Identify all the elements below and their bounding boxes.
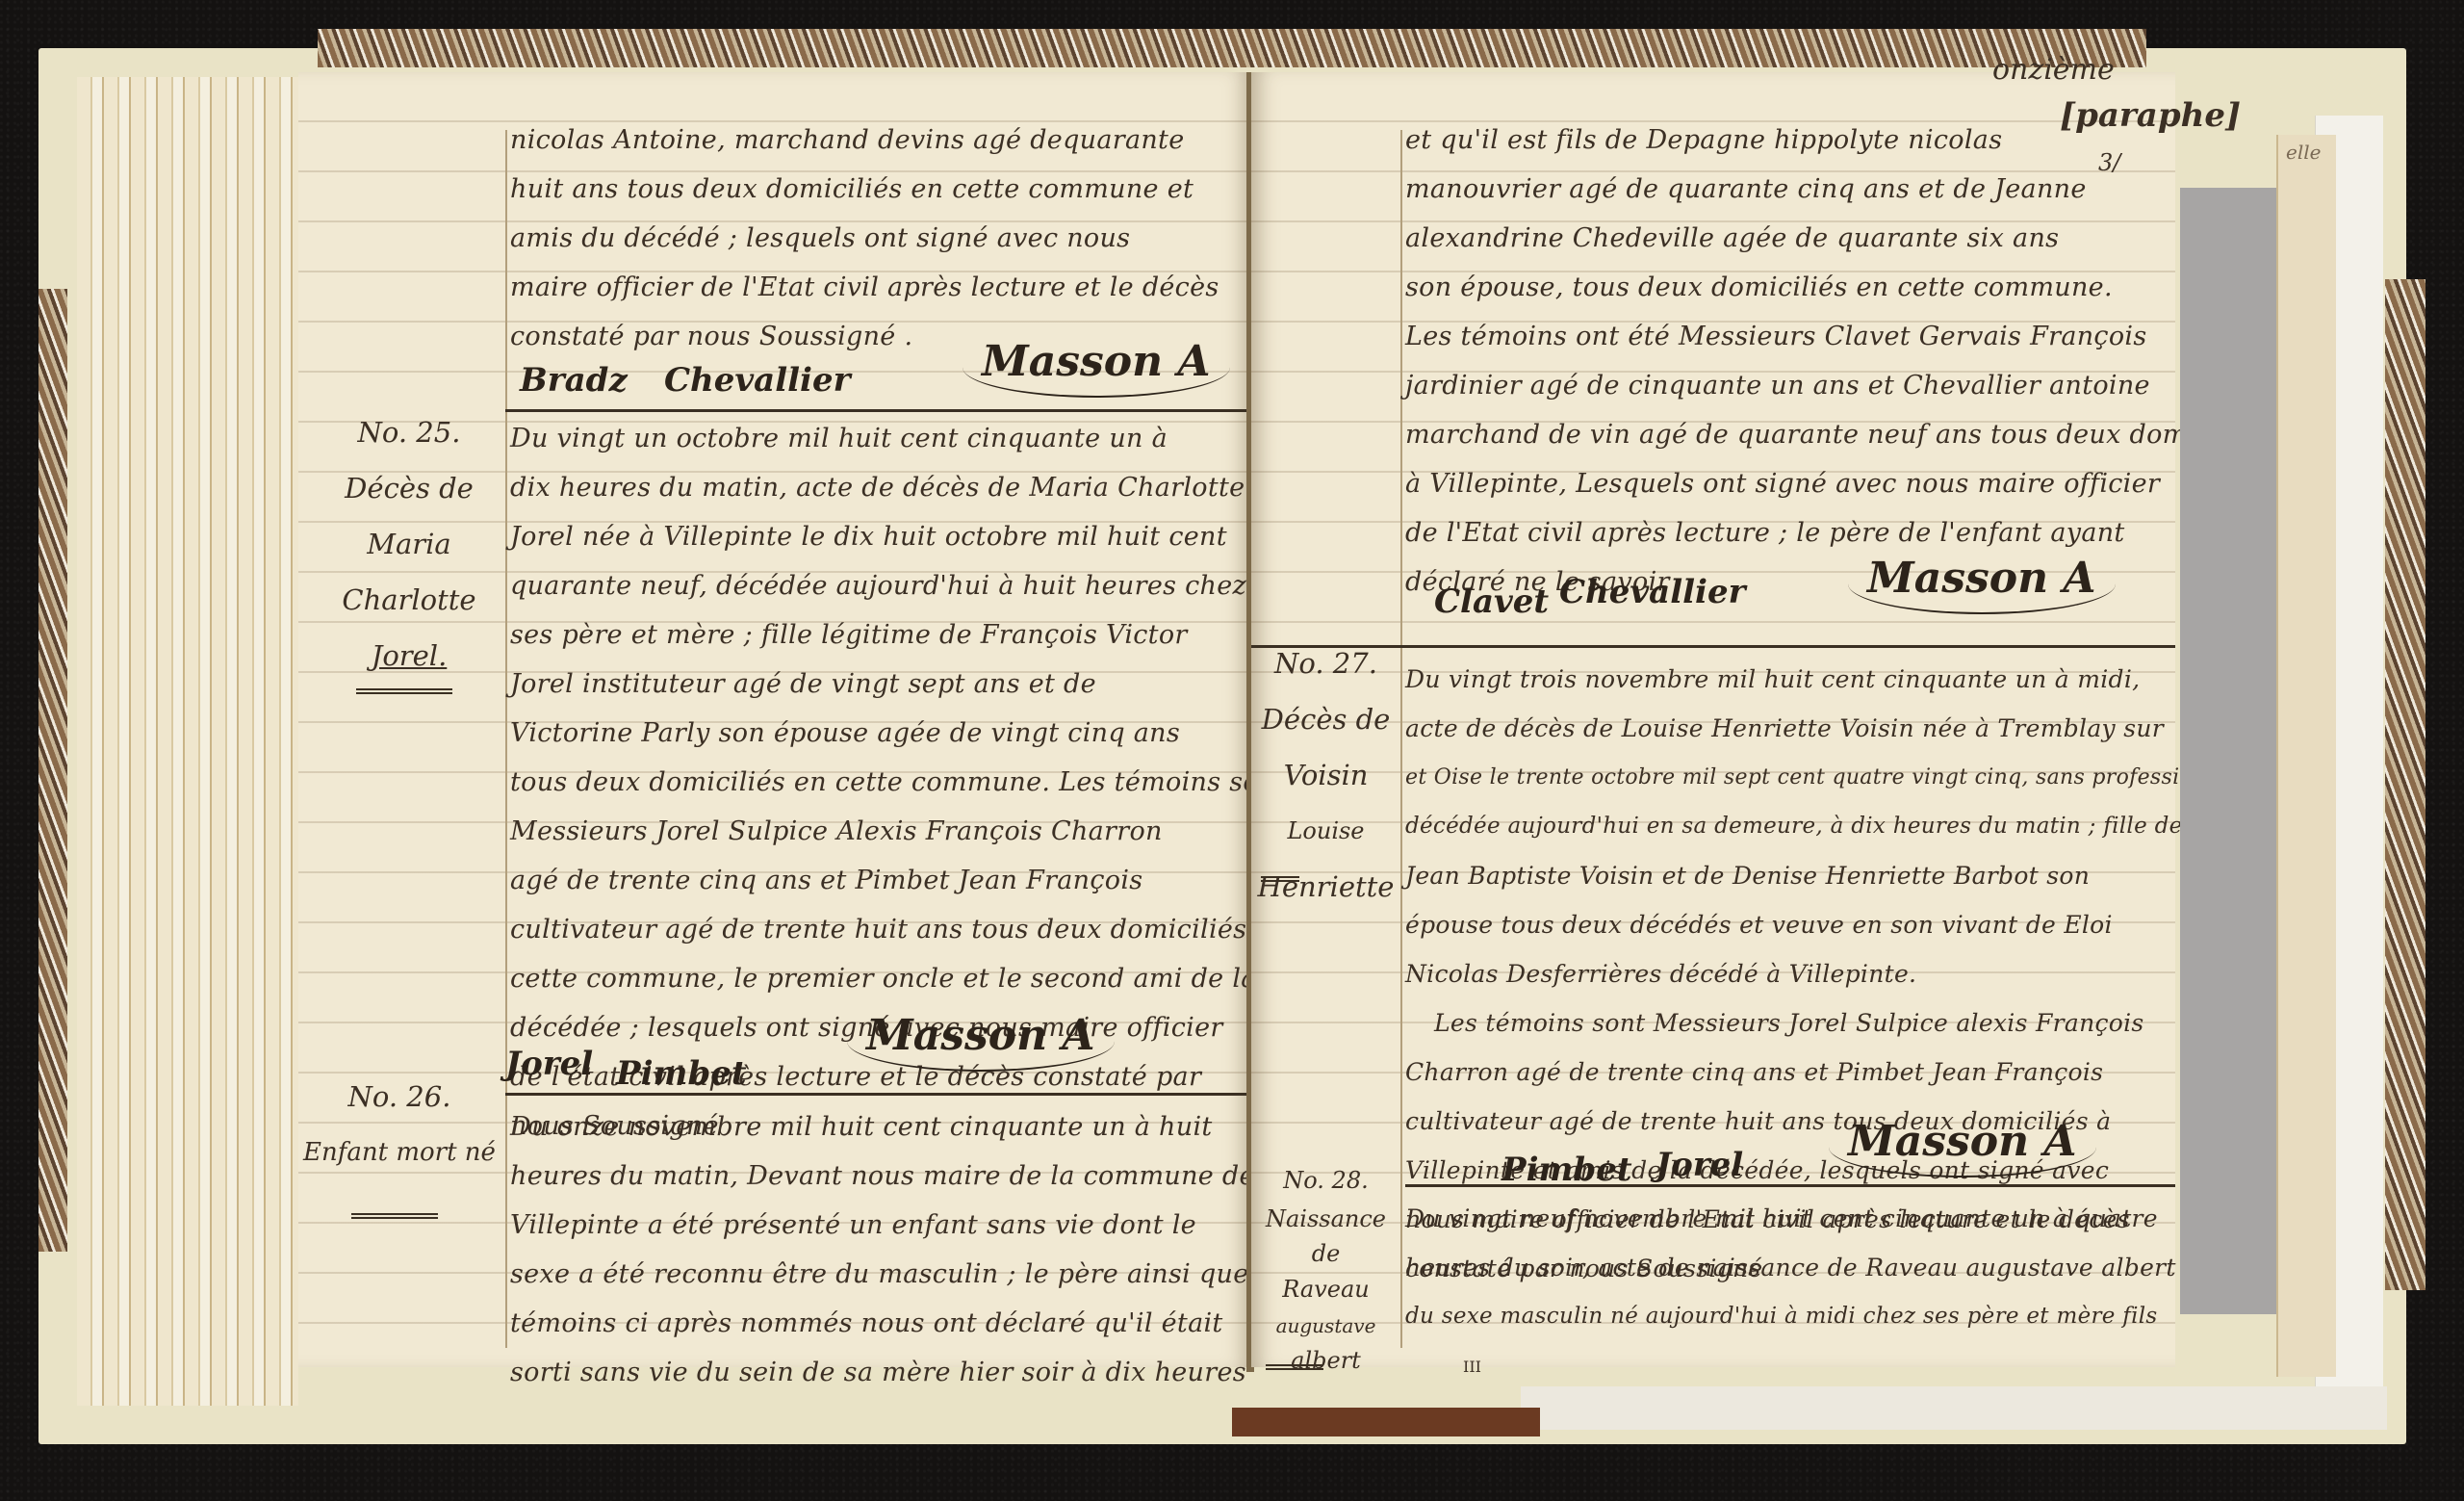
text-line: et Oise le trente octobre mil sept cent … bbox=[1405, 753, 2214, 802]
grey-paper-slip bbox=[2180, 188, 2276, 1314]
slip-note: elle bbox=[2286, 141, 2321, 164]
double-underline bbox=[356, 688, 452, 694]
margin-text: augustave bbox=[1251, 1308, 1400, 1343]
left-page: nicolas Antoine, marchand devins agé deq… bbox=[298, 72, 1251, 1367]
text-line: témoins ci après nommés nous ont déclaré… bbox=[510, 1299, 1296, 1348]
right-page: onzième [paraphe] 3/ et qu'il est fils d… bbox=[1251, 72, 2175, 1367]
text-line: son épouse, tous deux domiciliés en cett… bbox=[1405, 263, 2266, 312]
text-line: heures du matin, Devant nous maire de la… bbox=[510, 1152, 1296, 1201]
text-line: Les témoins ont été Messieurs Clavet Ger… bbox=[1405, 312, 2266, 361]
signature: Pimbet bbox=[616, 1054, 747, 1093]
text-line: huit ans tous deux domiciliés en cette c… bbox=[510, 165, 1219, 214]
text-line: Nicolas Desferrières décédé à Villepinte… bbox=[1405, 949, 2214, 998]
text-line: Jorel instituteur agé de vingt sept ans … bbox=[510, 660, 1288, 709]
margin-text: Décès de bbox=[1251, 691, 1400, 747]
text-line: ses père et mère ; fille légitime de Fra… bbox=[510, 610, 1288, 660]
entry-divider bbox=[505, 409, 1251, 412]
text-line: Messieurs Jorel Sulpice Alexis François … bbox=[510, 807, 1288, 856]
margin-text: Naissance bbox=[1251, 1201, 1400, 1237]
entry-28-margin: No. 28. Naissance de Raveau augustave al… bbox=[1251, 1160, 1400, 1378]
text-line: épouse tous deux décédés et veuve en son… bbox=[1405, 900, 2214, 949]
right-continuation: et qu'il est fils de Depagne hippolyte n… bbox=[1405, 116, 2266, 607]
text-line: du sexe masculin né aujourd'hui à midi c… bbox=[1405, 1292, 2176, 1341]
folio-word: onzième bbox=[1992, 53, 2115, 87]
signature: Chevallier bbox=[1559, 573, 1746, 611]
entry-number: No. 26. bbox=[298, 1069, 500, 1125]
text-line: Victorine Parly son épouse agée de vingt… bbox=[510, 709, 1288, 758]
mayor-signature: Masson A bbox=[1829, 1117, 2096, 1178]
margin-text: Henriette bbox=[1251, 859, 1400, 915]
binding-strap bbox=[1232, 1408, 1540, 1436]
double-underline bbox=[1261, 876, 1299, 882]
text-line: Du vingt trois novembre mil huit cent ci… bbox=[1405, 655, 2214, 704]
text-line: Villepinte a été présenté un enfant sans… bbox=[510, 1201, 1296, 1250]
margin-text: Jorel. bbox=[318, 628, 500, 684]
text-line: Jean Baptiste Voisin et de Denise Henrie… bbox=[1405, 851, 2214, 900]
text-line: Jorel née à Villepinte le dix huit octob… bbox=[510, 512, 1288, 561]
text-line: et qu'il est fils de Depagne hippolyte n… bbox=[1405, 116, 2266, 165]
text-line: cultivateur agé de trente huit ans tous … bbox=[510, 905, 1288, 954]
entry-divider bbox=[1405, 1184, 2175, 1187]
entry-number: No. 27. bbox=[1251, 635, 1400, 691]
margin-text: Maria bbox=[318, 516, 500, 572]
margin-text: Charlotte bbox=[318, 572, 500, 628]
margin-text: Enfant mort né bbox=[298, 1125, 500, 1180]
signature: Bradz bbox=[520, 361, 628, 400]
text-line: heures du soir, acte de naissance de Rav… bbox=[1405, 1243, 2176, 1292]
text-line: acte de décès de Louise Henriette Voisin… bbox=[1405, 704, 2214, 753]
text-line: alexandrine Chedeville agée de quarante … bbox=[1405, 214, 2266, 263]
text-line: Charron agé de trente cinq ans et Pimbet… bbox=[1405, 1048, 2214, 1097]
text-line: jardinier agé de cinquante un ans et Che… bbox=[1405, 361, 2266, 410]
text-line: agé de trente cinq ans et Pimbet Jean Fr… bbox=[510, 856, 1288, 905]
entry-number: No. 25. bbox=[318, 404, 500, 460]
text-line: marchand de vin agé de quarante neuf ans… bbox=[1405, 410, 2266, 459]
text-line: décédée aujourd'hui en sa demeure, à dix… bbox=[1405, 802, 2214, 851]
text-line: quarante neuf, décédée aujourd'hui à hui… bbox=[510, 561, 1288, 610]
entry-26-body: Du onze novembre mil huit cent cinquante… bbox=[510, 1102, 1296, 1397]
text-line: Du vingt un octobre mil huit cent cinqua… bbox=[510, 414, 1288, 463]
entry-25-margin: No. 25. Décès de Maria Charlotte Jorel. bbox=[318, 404, 500, 684]
text-line: cette commune, le premier oncle et le se… bbox=[510, 954, 1288, 1003]
entry-26-margin: No. 26. Enfant mort né bbox=[298, 1069, 500, 1180]
text-line: manouvrier agé de quarante cinq ans et d… bbox=[1405, 165, 2266, 214]
margin-text: albert bbox=[1251, 1343, 1400, 1378]
margin-text: de bbox=[1251, 1237, 1400, 1270]
margin-rule bbox=[1400, 130, 1402, 1348]
text-line: maire officier de l'Etat civil après lec… bbox=[510, 263, 1219, 312]
marbled-board-right bbox=[2385, 279, 2425, 1290]
signature: Clavet bbox=[1434, 582, 1549, 621]
entry-divider bbox=[505, 1093, 1251, 1096]
signature: Pimbet bbox=[1501, 1151, 1632, 1189]
bottom-endpaper bbox=[1521, 1386, 2387, 1430]
double-underline bbox=[351, 1213, 438, 1219]
text-line: tous deux domiciliés en cette commune. L… bbox=[510, 758, 1288, 807]
mayor-signature: Masson A bbox=[847, 1011, 1115, 1072]
mayor-signature: Masson A bbox=[962, 337, 1230, 398]
entry-28-body: Du vingt neuf novembre mil huit cent cin… bbox=[1405, 1194, 2176, 1341]
double-underline bbox=[1266, 1364, 1323, 1370]
entry-27-margin: No. 27. Décès de Voisin Louise Henriette bbox=[1251, 635, 1400, 915]
margin-rule bbox=[505, 130, 507, 1348]
text-line: sorti sans vie du sein de sa mère hier s… bbox=[510, 1348, 1296, 1397]
gutter-mark: III bbox=[1463, 1358, 1481, 1376]
text-line: de l'Etat civil après lecture ; le père … bbox=[1405, 508, 2266, 557]
margin-text: Décès de bbox=[318, 460, 500, 516]
margin-text: Louise bbox=[1251, 803, 1400, 859]
page-edges-right: elle bbox=[2276, 135, 2336, 1377]
margin-text: Raveau bbox=[1251, 1270, 1400, 1308]
text-line: Les témoins sont Messieurs Jorel Sulpice… bbox=[1405, 998, 2214, 1048]
text-line: nicolas Antoine, marchand devins agé deq… bbox=[510, 116, 1219, 165]
signature: Jorel bbox=[505, 1045, 593, 1083]
mayor-signature: Masson A bbox=[1848, 554, 2116, 614]
text-line: sexe a été reconnu être du masculin ; le… bbox=[510, 1250, 1296, 1299]
marbled-board-top bbox=[318, 29, 2146, 67]
left-continuation: nicolas Antoine, marchand devins agé deq… bbox=[510, 116, 1219, 361]
text-line: à Villepinte, Lesquels ont signé avec no… bbox=[1405, 459, 2266, 508]
page-stack-left bbox=[77, 77, 298, 1406]
text-line: Du onze novembre mil huit cent cinquante… bbox=[510, 1102, 1296, 1152]
marbled-board-left bbox=[38, 289, 67, 1252]
signature: Jorel bbox=[1655, 1146, 1743, 1184]
signature: Chevallier bbox=[664, 361, 851, 400]
entry-number: No. 28. bbox=[1251, 1160, 1400, 1201]
text-line: Du vingt neuf novembre mil huit cent cin… bbox=[1405, 1194, 2176, 1243]
margin-text: Voisin bbox=[1251, 747, 1400, 803]
text-line: dix heures du matin, acte de décès de Ma… bbox=[510, 463, 1288, 512]
text-line: amis du décédé ; lesquels ont signé avec… bbox=[510, 214, 1219, 263]
